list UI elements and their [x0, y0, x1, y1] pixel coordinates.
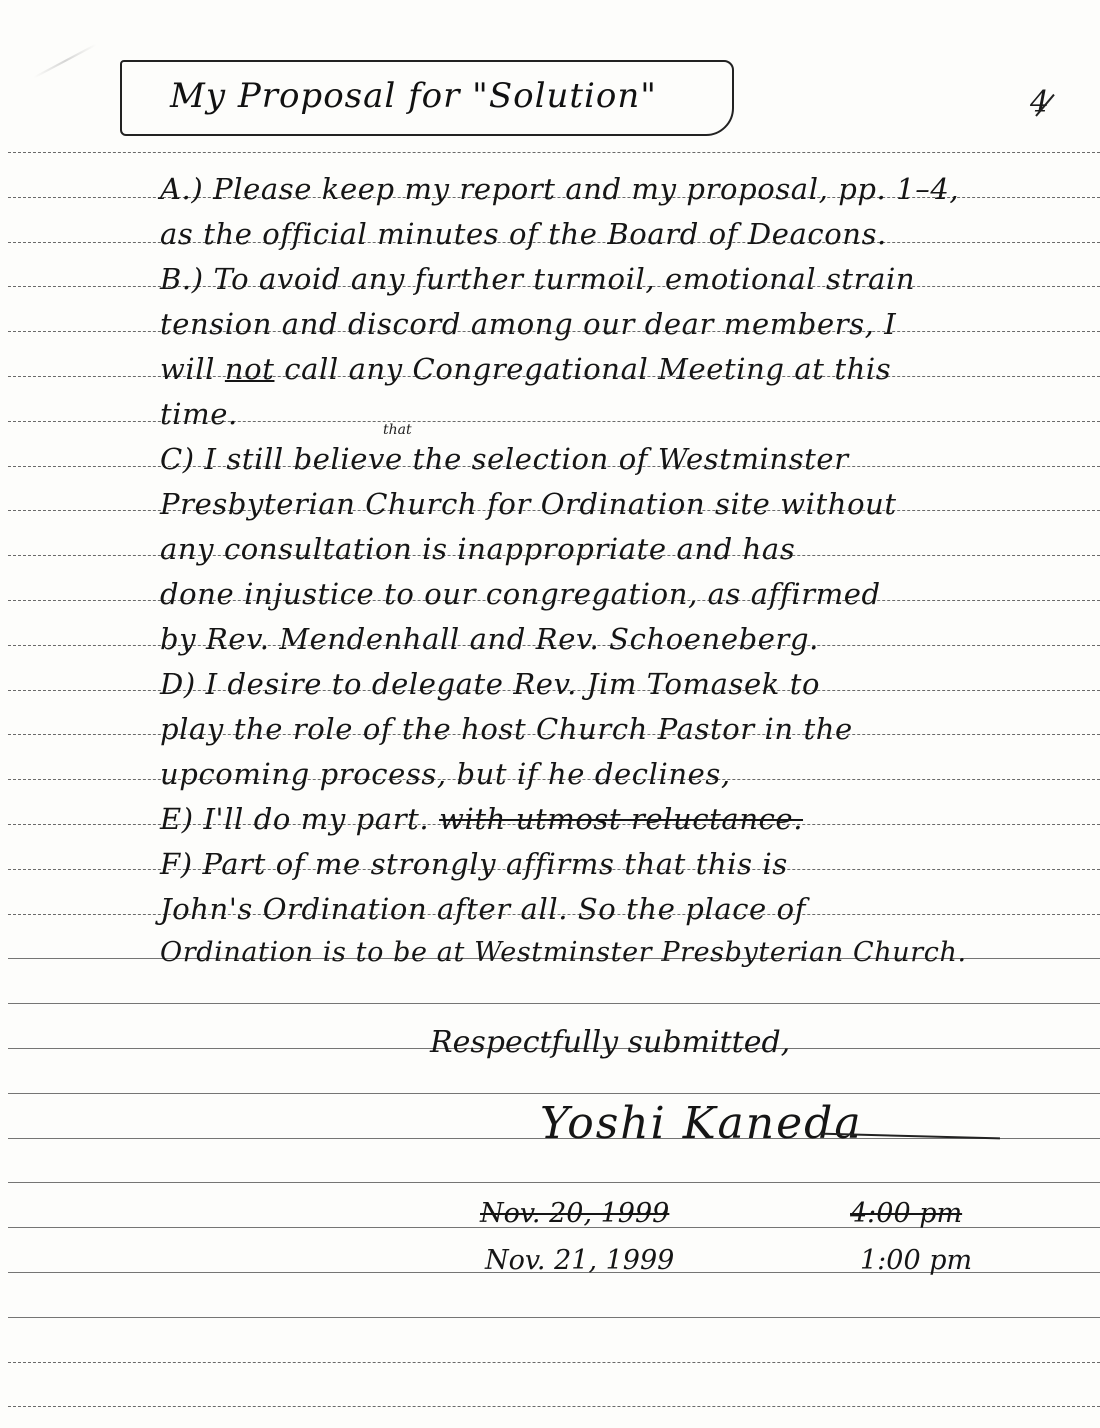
b-post: call any Congregational Meeting at this	[274, 352, 891, 386]
struck-date: Nov. 20, 1999	[480, 1198, 669, 1229]
signature: Yoshi Kaneda	[540, 1098, 863, 1149]
para-e-line-1: E) I'll do my part. with utmost reluctan…	[160, 802, 803, 836]
ruled-line	[8, 152, 1100, 153]
underlined-not: not	[225, 352, 275, 386]
ruled-line	[8, 1003, 1100, 1004]
inserted-word-that: that	[383, 422, 412, 438]
e-text: E) I'll do my part.	[160, 802, 429, 836]
para-d-line-3: upcoming process, but if he declines,	[160, 757, 731, 791]
faint-mark	[34, 44, 97, 79]
para-c-line-1: C) I still believe the selection of West…	[160, 442, 849, 476]
closing: Respectfully submitted,	[430, 1025, 790, 1060]
para-a-line-2: as the official minutes of the Board of …	[160, 217, 887, 251]
para-d-line-1: D) I desire to delegate Rev. Jim Tomasek…	[160, 667, 820, 701]
para-b-line-3: will not call any Congregational Meeting…	[160, 352, 891, 386]
time: 1:00 pm	[860, 1245, 972, 1276]
ruled-line	[8, 1093, 1100, 1094]
para-d-line-2: play the role of the host Church Pastor …	[160, 712, 853, 746]
para-a-line-1: A.) Please keep my report and my proposa…	[160, 172, 959, 206]
ruled-line	[8, 1362, 1100, 1363]
date: Nov. 21, 1999	[485, 1245, 674, 1276]
struck-time: 4:00 pm	[850, 1198, 962, 1229]
handwritten-page: My Proposal for "Solution" 4 A.) Please …	[0, 0, 1100, 1428]
para-b-line-1: B.) To avoid any further turmoil, emotio…	[160, 262, 915, 296]
para-c-line-4: done injustice to our congregation, as a…	[160, 577, 881, 611]
ruled-line	[8, 1406, 1100, 1407]
para-c-line-2: Presbyterian Church for Ordination site …	[160, 487, 897, 521]
struck-text: with utmost reluctance.	[439, 802, 803, 836]
b-pre: will	[160, 352, 225, 386]
ruled-line	[8, 1182, 1100, 1183]
para-b-line-4: time.	[160, 397, 238, 431]
para-f-line-2: John's Ordination after all. So the plac…	[160, 892, 806, 926]
para-b-line-2: tension and discord among our dear membe…	[160, 307, 896, 341]
ruled-line	[8, 1317, 1100, 1318]
page-title: My Proposal for "Solution"	[170, 76, 657, 116]
para-c-line-3: any consultation is inappropriate and ha…	[160, 532, 795, 566]
para-f-line-1: F) Part of me strongly affirms that this…	[160, 847, 788, 881]
page-number: 4	[1030, 85, 1049, 120]
para-f-line-3: Ordination is to be at Westminster Presb…	[160, 937, 967, 968]
para-c-line-5: by Rev. Mendenhall and Rev. Schoeneberg.	[160, 622, 819, 656]
